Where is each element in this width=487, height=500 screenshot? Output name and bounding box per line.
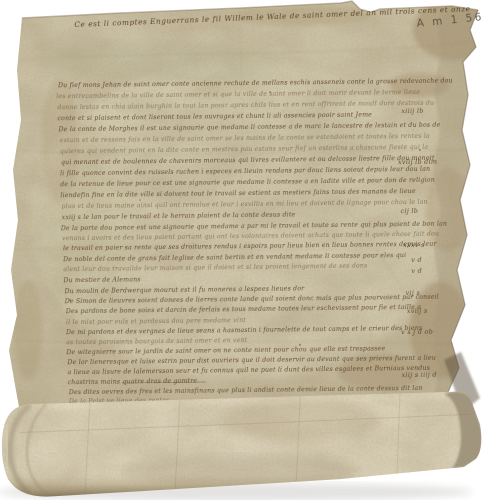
roll-texture [0, 0, 487, 500]
parchment-roll-illustration [0, 0, 487, 500]
manuscript-photo: Ce est li comptes Enguerrans le fil Will… [0, 0, 487, 500]
